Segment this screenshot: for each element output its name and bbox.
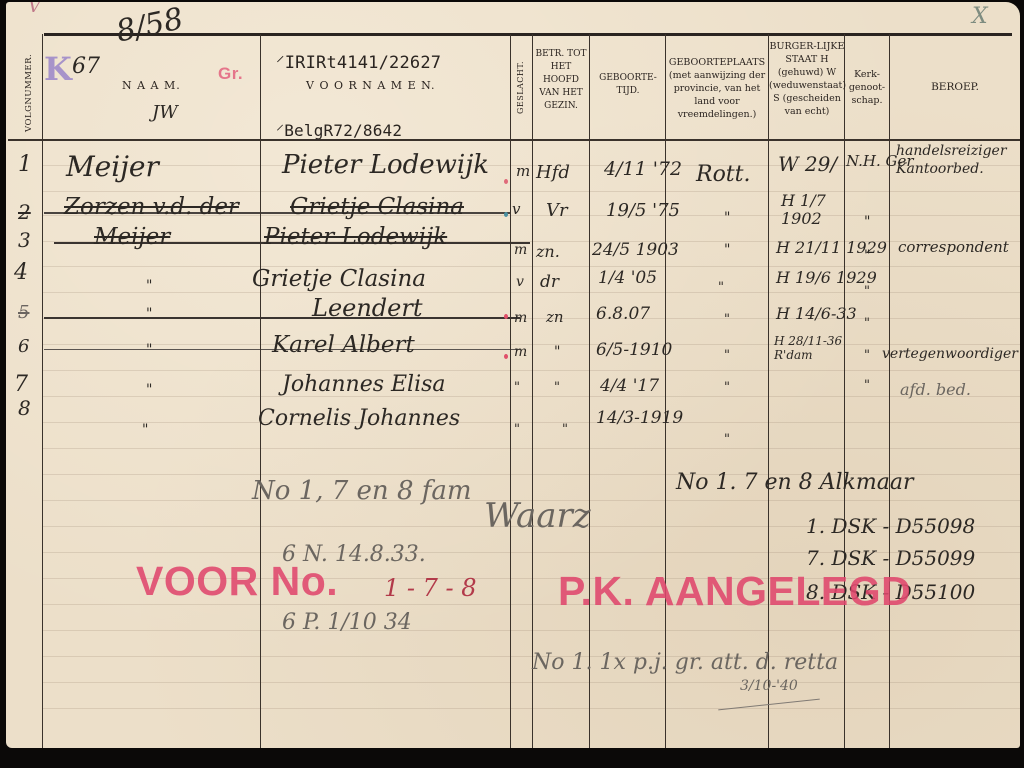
col-line [889, 34, 890, 748]
row-3-geboortetijd: 24/5 1903 [592, 240, 679, 260]
typed-ref-primary: ⸍IRIRt4141/22627 [276, 50, 441, 73]
row-7-geboortetijd: 4/4 '17 [600, 376, 659, 396]
row-3-voornamen: Pieter Lodewijk [264, 224, 447, 250]
row-4-staat: H 19/6 1929 [776, 268, 877, 287]
row-6-geboortetijd: 6/5-1910 [596, 340, 672, 360]
col-line [844, 34, 845, 748]
row-7-beroep: afd. bed. [900, 380, 971, 399]
col-header-geslacht: GESLACHT. [516, 61, 525, 114]
row-6-geboorteplaats: " [724, 348, 730, 363]
header-rule [8, 139, 1020, 141]
row-7-kerk: " [864, 378, 870, 393]
registration-card: V 8/58 X VOLGNUMMER. K 67 N A A M. Gr. J… [6, 2, 1020, 748]
row-5-kerk: " [864, 316, 870, 331]
col-line [260, 34, 261, 748]
row-6-geslacht: m [514, 344, 527, 360]
row-4-betr: dr [540, 272, 559, 292]
flag-glyph: ⸍ [276, 53, 285, 73]
ruled-line [42, 682, 1020, 683]
row-2-naam: Zorzen v.d. der [64, 194, 239, 220]
ruled-line [42, 708, 1020, 709]
row-1-betr: Hfd [536, 162, 570, 183]
col-line [589, 34, 590, 748]
note-family-numbers: No 1, 7 en 8 fam [252, 476, 472, 506]
col-line [532, 34, 533, 748]
row-7-voornamen: Johannes Elisa [282, 372, 446, 397]
row-5-naam: " [146, 306, 152, 322]
col-header-geboortetijd: GEBOORTE-TIJD. [590, 72, 666, 98]
ruled-line [42, 344, 1020, 345]
col-line [768, 34, 769, 748]
row-7-geslacht: " [514, 380, 520, 395]
check-mark: V [28, 2, 41, 17]
row-8-betr: " [562, 422, 568, 437]
row-1-voornamen: Pieter Lodewijk [282, 150, 489, 180]
blue-marker [504, 212, 508, 217]
col-line [665, 34, 666, 748]
row-3-geslacht: m [514, 242, 527, 258]
row-6-kerk: " [864, 348, 870, 363]
ruled-line [42, 396, 1020, 397]
col-header-burgerlijke-staat: BURGER-LIJKE STAAT H (gehuwd) W (weduwen… [769, 40, 845, 118]
k-number: 67 [72, 54, 100, 79]
flag-glyph: ⸍ [276, 121, 284, 140]
row-6-naam: " [146, 342, 152, 358]
row-5-nr: 5 [18, 302, 29, 323]
reference-mark: 8/58 [113, 2, 186, 50]
note-alkmaar: No 1. 7 en 8 Alkmaar [676, 470, 914, 495]
row-4-naam: " [146, 278, 152, 294]
col-header-kerkgenootschap: Kerk-genoot-schap. [845, 68, 889, 107]
note-date-p: 6 P. 1/10 34 [282, 610, 412, 635]
signature: Waarz [484, 496, 591, 536]
row-2-voornamen: Grietje Clasina [290, 194, 464, 220]
ruled-line [42, 422, 1020, 423]
row-8-nr: 8 [18, 396, 31, 420]
ruled-line [42, 266, 1020, 267]
note-bottom: No 1. 1x p.j. gr. att. d. retta [532, 650, 838, 675]
pk-aangelegd-stamp: P.K. AANGELEGD [558, 568, 911, 615]
row-3-nr: 3 [18, 228, 31, 252]
k-stamp: K [44, 50, 72, 88]
col-line [510, 34, 511, 748]
row-3-geboorteplaats: " [724, 242, 730, 258]
row-6-betr: " [554, 344, 560, 360]
col-header-geboorteplaats: GEBOORTEPLAATS (met aanwijzing der provi… [666, 56, 768, 121]
red-marker [504, 179, 508, 184]
red-marker [504, 314, 508, 319]
row-1-geboorteplaats: Rott. [696, 162, 750, 187]
row-7-geboorteplaats: " [724, 380, 730, 395]
row-1-staat: W 29/ [778, 152, 837, 176]
col-header-voornamen: V O O R N A M E N. [306, 79, 436, 92]
gr-stamp: Gr. [218, 64, 243, 84]
row-5-voornamen: Leendert [312, 294, 422, 322]
red-marker [504, 354, 508, 359]
naam-mark: JW [152, 102, 178, 123]
col-line [42, 34, 43, 748]
row-6-beroep: vertegenwoordiger [882, 346, 1018, 362]
row-8-geboortetijd: 14/3-1919 [596, 408, 683, 428]
row-4-geboorteplaats: " [718, 280, 724, 295]
col-header-volgnummer: VOLGNUMMER. [24, 54, 34, 132]
top-rule [44, 33, 1012, 36]
row-7-nr: 7 [14, 372, 28, 397]
typed-ref-secondary: ⸍BelgR72/8642 [276, 119, 402, 141]
row-2-geboorteplaats: " [724, 210, 730, 226]
row-6-voornamen: Karel Albert [272, 332, 415, 358]
dsk-entry-1: 1. DSK - D55098 [806, 514, 975, 538]
ruled-line [42, 292, 1020, 293]
row-3-betr: zn. [536, 242, 560, 261]
row-4-voornamen: Grietje Clasina [252, 266, 426, 292]
col-header-beroep: BEROEP. [890, 81, 1020, 93]
ruled-line [42, 191, 1020, 192]
red-note-numbers: 1 - 7 - 8 [384, 574, 477, 602]
row-1-beroep: handelsreiziger Kantoorbed. [896, 142, 1020, 178]
row-7-naam: " [146, 382, 152, 398]
row-1-naam: Meijer [66, 150, 159, 183]
ruled-line [42, 370, 1020, 371]
row-1-nr: 1 [18, 152, 32, 177]
row-5-geslacht: m [514, 310, 527, 326]
row-2-geslacht: v [512, 200, 520, 218]
row-6-nr: 6 [18, 336, 29, 357]
row-2-kerk: " [864, 214, 870, 230]
row-8-geslacht: " [514, 422, 520, 437]
row-3-naam: Meijer [94, 224, 170, 250]
row-7-betr: " [554, 380, 560, 395]
row-5-geboortetijd: 6.8.07 [596, 304, 650, 324]
voor-no-stamp: VOOR No. [136, 558, 338, 605]
ruled-line [42, 630, 1020, 631]
col-header-betr: BETR. TOT HET HOOFD VAN HET GEZIN. [533, 48, 589, 113]
corner-mark: X [972, 4, 988, 29]
row-1-geboortetijd: 4/11 '72 [604, 158, 682, 180]
row-5-geboorteplaats: " [724, 312, 730, 327]
row-5-betr: zn [546, 308, 564, 326]
row-8-naam: " [142, 422, 148, 438]
ruled-line [42, 448, 1020, 449]
row-1-geslacht: m [516, 162, 530, 180]
ruled-line [42, 656, 1020, 657]
strike-line-row-5 [44, 317, 520, 319]
row-3-beroep: correspondent [898, 238, 1009, 256]
row-4-geslacht: v [516, 274, 524, 290]
row-6-staat: H 28/11-36 R'dam [774, 334, 844, 362]
row-4-geboortetijd: 1/4 '05 [598, 268, 657, 288]
row-2-nr: 2 [18, 200, 31, 224]
row-8-geboorteplaats: " [724, 432, 730, 447]
note-bottom-date: 3/10-'40 [740, 678, 798, 694]
row-2-staat: H 1/7 1902 [781, 192, 841, 228]
row-8-voornamen: Cornelis Johannes [258, 406, 460, 431]
dsk-entry-7: 7. DSK - D55099 [806, 546, 975, 570]
row-4-nr: 4 [14, 260, 28, 285]
row-2-betr: Vr [546, 200, 568, 221]
row-5-staat: H 14/6-33 [776, 304, 857, 323]
row-2-geboortetijd: 19/5 '75 [606, 200, 680, 221]
row-4-kerk: " [864, 284, 870, 299]
row-3-kerk: " [864, 248, 870, 264]
col-header-naam: N A A M. [122, 79, 181, 92]
